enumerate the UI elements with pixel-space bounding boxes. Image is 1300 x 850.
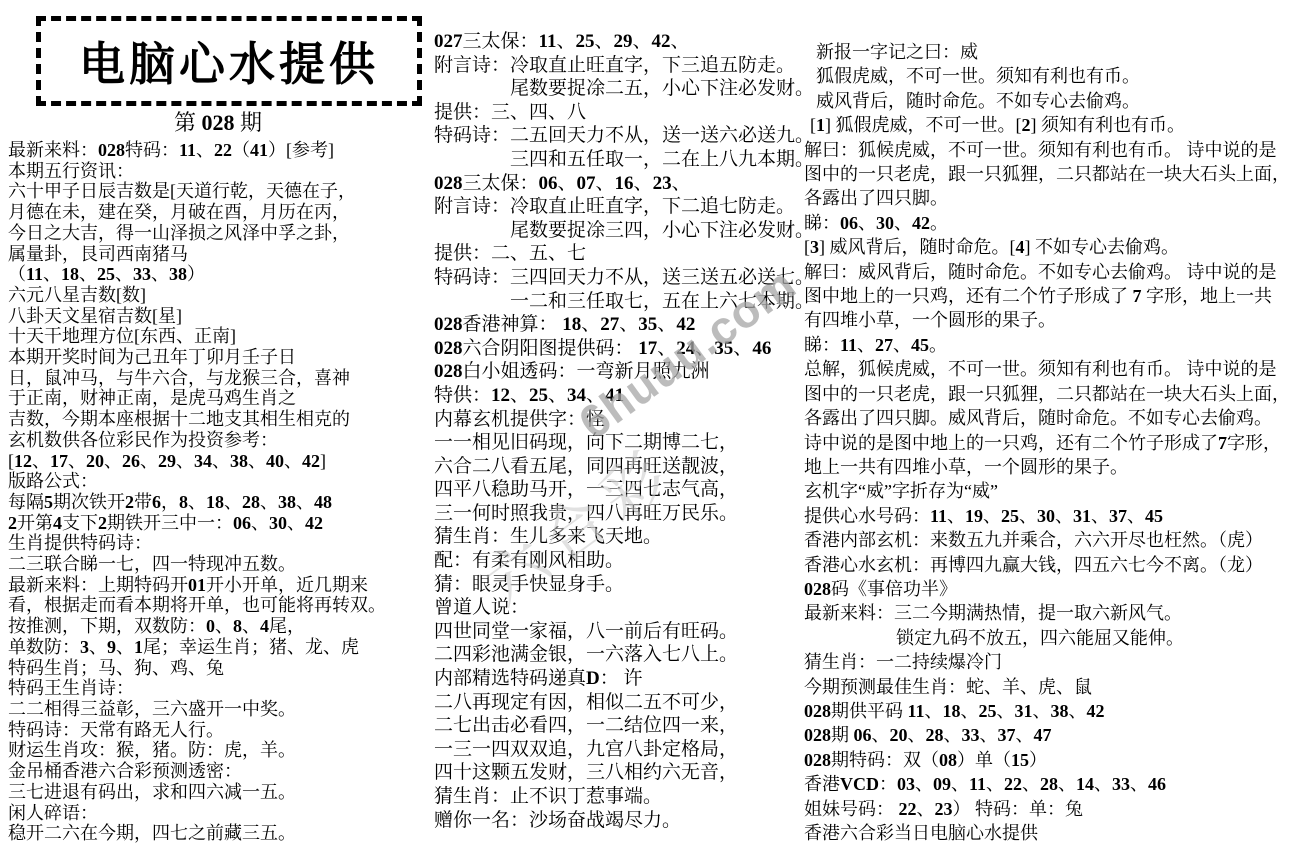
text-line: 二八再现定有因，相似二五不可少， [434,691,808,715]
text-line: 猜生肖：生儿多来飞天地。 [434,525,808,549]
text-line: 六元八星吉数[数] [8,285,430,306]
text-line: 猜生肖：一二持续爆冷门 [804,650,1298,674]
text-line: 提供：三、四、八 [434,101,808,125]
text-line: 睇：06、30、42。 [804,211,1298,235]
text-line: 028期特码：双（08）单（15） [804,748,1298,772]
text-line: 狐假虎威，不可一世。须知有利也有币。 [816,64,1298,88]
text-line: 香港六合彩当日电脑心水提供 [804,821,1298,845]
text-line: 赠你一名：沙场奋战竭尽力。 [434,809,808,833]
right-column: 新报一字记之曰：威狐假虎威，不可一世。须知有利也有币。威风背后，随时命危。不如专… [804,40,1298,845]
text-line: 二七出击必看四，一二结位四一来， [434,714,808,738]
text-line: 尾数要捉凃三四，小心下注必发财。 [510,219,808,243]
text-line: 金吊桶香港六合彩预测透密： [8,761,430,782]
text-line: 配：有柔有刚风相助。 [434,549,808,573]
text-line: 二四彩池满金银，一六落入七八上。 [434,643,808,667]
text-line: [12、17、20、26、29、34、38、40、42] [8,451,430,472]
text-line: 本期开奖时间为己丑年丁卯月壬子日 [8,347,430,368]
left-column: 最新来料：028特码：11、22（41）[参考]本期五行资讯：六十甲子日辰吉数是… [8,140,430,844]
text-line: 图中的一只老虎，跟一只狐狸，二只都站在一块大石头上面， [804,382,1298,406]
text-line: （11、18、25、33、38） [8,264,430,285]
text-line: 看，根据走而看本期将开单，也可能将再转双。 [8,595,430,616]
text-line: 028三太保：06、07、16、23、 [434,172,808,196]
text-line: 香港内部玄机：来数五九并乘合，六六开尽也枉然。（虎） [804,528,1298,552]
text-line: 028期 06、20、28、33、37、47 [804,723,1298,747]
text-line: 内幕玄机提供字：怪 [434,408,808,432]
text-line: 特码诗：天常有路无人行。 [8,720,430,741]
text-line: 每隔5期次铁开2带6，8、18、28、38、48 [8,492,430,513]
text-line: 图中地上的一只鸡，还有二个竹子形成了 7 字形，地上一共 [804,284,1298,308]
text-line: 威风背后，随时命危。不如专心去偷鸡。 [816,89,1298,113]
text-line: 诗中说的是图中地上的一只鸡，还有二个竹子形成了7字形， [804,431,1298,455]
text-line: 027三太保：11、25、29、42、 [434,30,808,54]
text-line: 图中的一只老虎，跟一只狐狸，二只都站在一块大石头上面， [804,162,1298,186]
text-line: 一三一四双双追，九宫八卦定格局， [434,738,808,762]
text-line: 八卦天文星宿吉数[星] [8,306,430,327]
page-title: 电脑心水提供 [79,28,379,94]
text-line: [1] 狐假虎威，不可一世。[2] 须知有利也有币。 [810,113,1298,137]
text-line: 解曰：威风背后，随时命危。不如专心去偷鸡。 诗中说的是 [804,260,1298,284]
text-line: 稳开二六在今期，四七之前藏三五。 [8,823,430,844]
text-line: 最新来料：上期特码开01开小开单，近几期来 [8,575,430,596]
text-line: 解曰：狐候虎威，不可一世。须知有利也有币。 诗中说的是 [804,138,1298,162]
text-line: 香港VCD：03、09、11、22、28、14、33、46 [804,772,1298,796]
text-line: 二三联合睇一七，四一特现冲五数。 [8,554,430,575]
text-line: 特供：12、25、34、41 [434,384,808,408]
text-line: 总解，狐候虎威，不可一世。须知有利也有币。 诗中说的是 [804,357,1298,381]
text-line: 版路公式： [8,471,430,492]
text-line: [3] 威风背后，随时命危。[4] 不如专心去偷鸡。 [804,235,1298,259]
text-line: 财运生肖攻：猴，猪。防：虎，羊。 [8,740,430,761]
text-line: 特码生肖；马、狗、鸡、兔 [8,658,430,679]
text-line: 于正南，财神正南，是虎马鸡生肖之 [8,388,430,409]
text-line: 提供心水号码：11、19、25、30、31、37、45 [804,504,1298,528]
text-line: 玄机字“威”字折存为“威” [804,479,1298,503]
text-line: 按推测，下期，双数防：0、8、4尾， [8,616,430,637]
text-line: 三七进退有码出，求和四六减一五。 [8,782,430,803]
text-line: 028六合阴阳图提供码： 17、24、35、46 [434,337,808,361]
text-line: 本期五行资讯： [8,161,430,182]
text-line: 锁定九码不放五，四六能屈又能伸。 [896,626,1298,650]
text-line: 三四和五任取一，二在上八九本期。 [510,148,808,172]
text-line: 028白小姐透码：一弯新月照九洲 [434,360,808,384]
text-line: 睇：11、27、45。 [804,333,1298,357]
title-box: 电脑心水提供 [36,16,422,106]
text-line: 附言诗：冷取直止旺直字，下三追五防走。 [434,54,808,78]
text-line: 属量卦，艮司西南猪马 [8,244,430,265]
lottery-tip-sheet: 电脑心水提供 第 028 期 最新来料：028特码：11、22（41）[参考]本… [0,0,1300,850]
text-line: 各露出了四只脚。威风背后，随时命危。不如专心去偷鸡。 [804,406,1298,430]
text-line: 曾道人说： [434,596,808,620]
text-line: 今期预测最佳生肖：蛇、羊、虎、鼠 [804,675,1298,699]
text-line: 地上一共有四堆小草，一个圆形的果子。 [804,455,1298,479]
text-line: 闲人碎语： [8,803,430,824]
text-line: 尾数要捉凃二五，小心下注必发财。 [510,77,808,101]
text-line: 今日之大吉，得一山泽损之风泽中孚之卦， [8,223,430,244]
text-line: 特码诗：三四回天力不从，送三送五必送七。 [434,266,808,290]
text-line: 各露出了四只脚。 [804,186,1298,210]
text-line: 四平八稳助马开，一三四七志气高， [434,478,808,502]
text-line: 日，鼠冲马，与牛六合，与龙猴三合，喜神 [8,368,430,389]
text-line: 香港心水玄机：再博四九赢大钱，四五六七今不离。（龙） [804,553,1298,577]
text-line: 附言诗：冷取直止旺直字，下二追七防走。 [434,195,808,219]
text-line: 2开第4支下2期铁开三中一：06、30、42 [8,513,430,534]
text-line: 028香港神算： 18、27、35、42 [434,313,808,337]
text-line: 四世同堂一家福，八一前后有旺码。 [434,620,808,644]
text-line: 姐妹号码： 22、23） 特码：单：兔 [804,797,1298,821]
text-line: 月德在未，建在癸，月破在酉，月历在丙， [8,202,430,223]
text-line: 二二相得三益彰，三六盛开一中奖。 [8,699,430,720]
text-line: 六合二八看五尾，同四再旺送靓波， [434,455,808,479]
text-line: 内部精选特码递真D： 许 [434,667,808,691]
text-line: 玄机数供各位彩民作为投资参考： [8,430,430,451]
text-line: 新报一字记之曰：威 [816,40,1298,64]
text-line: 一二和三任取七，五在上六七本期。 [510,290,808,314]
text-line: 生肖提供特码诗： [8,533,430,554]
text-line: 028期供平码 11、18、25、31、38、42 [804,699,1298,723]
text-line: 六十甲子日辰吉数是[天道行乾，天德在子， [8,181,430,202]
text-line: 十天干地理方位[东西、正南] [8,326,430,347]
text-line: 特码王生肖诗： [8,678,430,699]
text-line: 有四堆小草，一个圆形的果子。 [804,308,1298,332]
text-line: 提供：二、五、七 [434,242,808,266]
text-line: 吉数，今期本座根据十二地支其相生相克的 [8,409,430,430]
text-line: 单数防：3、9、1尾；幸运生肖；猪、龙、虎 [8,637,430,658]
middle-column: 027三太保：11、25、29、42、附言诗：冷取直止旺直字，下三追五防走。尾数… [434,30,808,832]
text-line: 特码诗：二五回天力不从，送一送六必送九。 [434,124,808,148]
text-line: 猜生肖：止不识丁惹事端。 [434,785,808,809]
text-line: 猜：眼灵手快显身手。 [434,573,808,597]
text-line: 028码《事倍功半》 [804,577,1298,601]
text-line: 最新来料：三二今期满热情，提一取六新风气。 [804,601,1298,625]
issue-number: 第 028 期 [8,106,428,137]
text-line: 一一相见旧码现，向下二期博二七， [434,431,808,455]
text-line: 最新来料：028特码：11、22（41）[参考] [8,140,430,161]
text-line: 四十这颗五发财，三八相约六无音， [434,761,808,785]
text-line: 三一何时照我贵，四八再旺万民乐。 [434,502,808,526]
